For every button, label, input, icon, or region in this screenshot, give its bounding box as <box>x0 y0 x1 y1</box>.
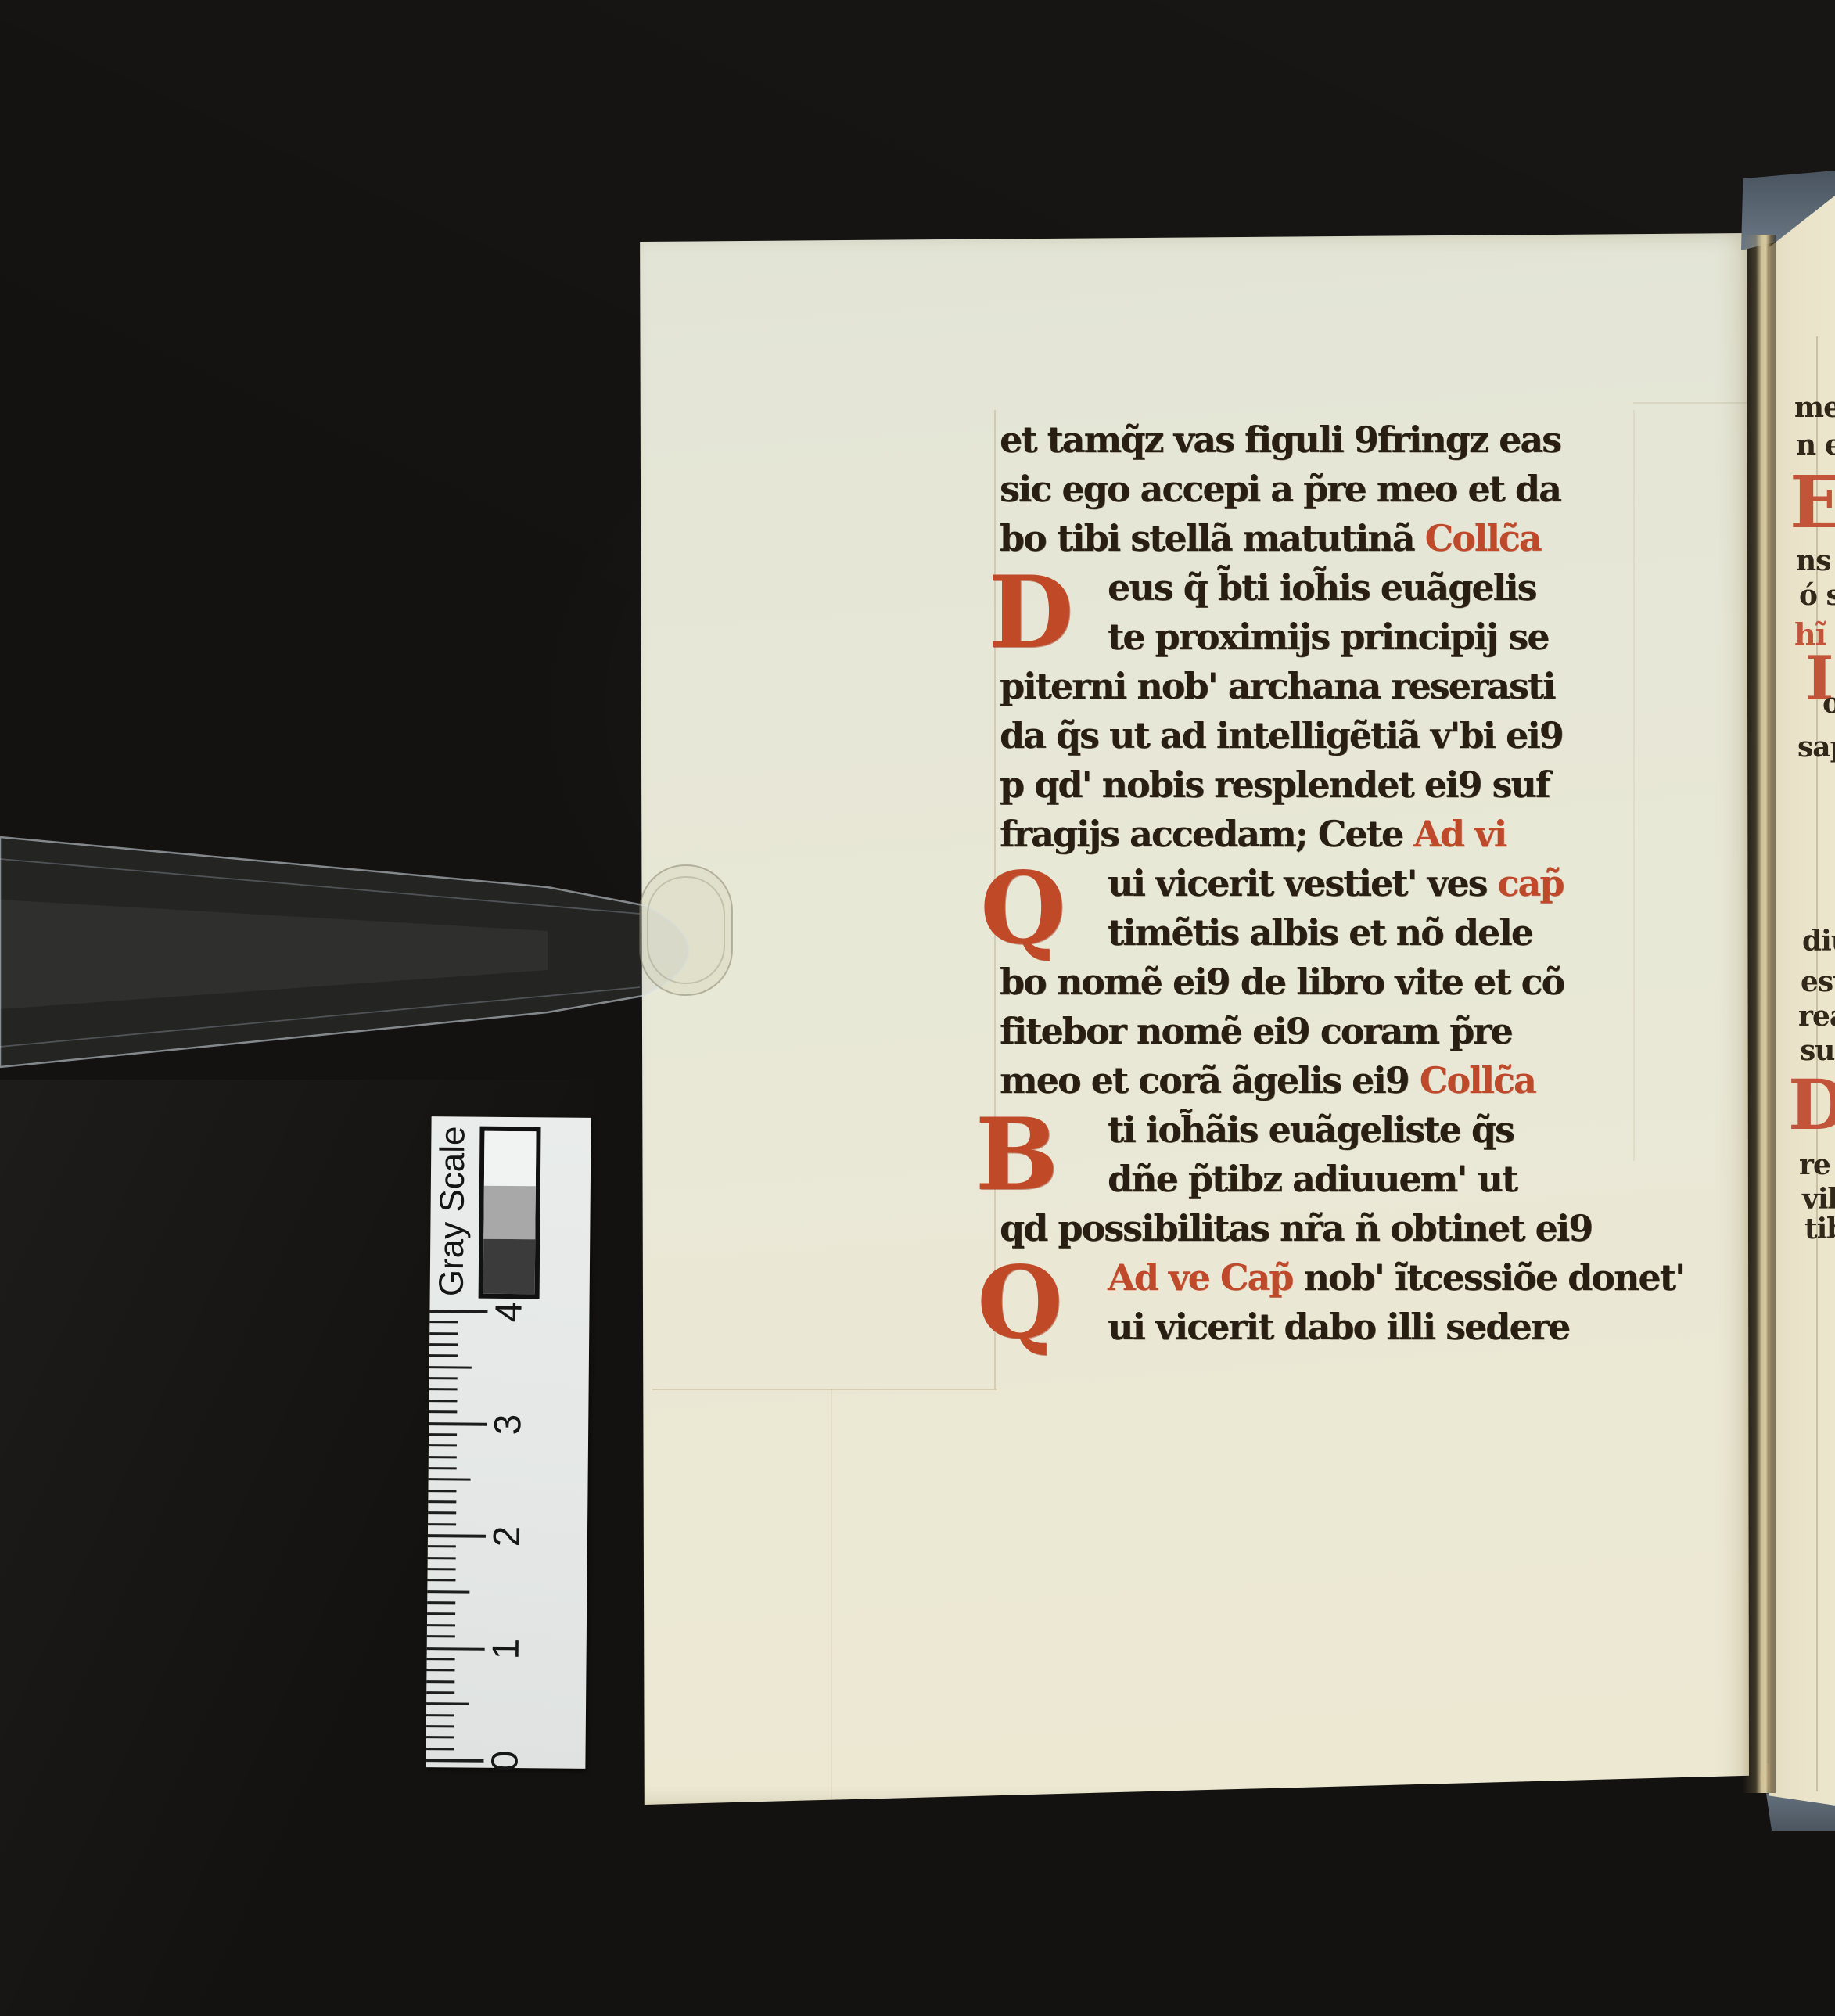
manuscript-line: ui vicerit dabo illi sedere <box>1108 1306 1569 1354</box>
line-text: ui vicerit vestiet' ves <box>1108 862 1487 904</box>
ruler-tick <box>427 1647 485 1651</box>
line-text: et tamq̃z vas figuli 9fringz eas <box>1000 419 1560 461</box>
manuscript-line: dñe p̃tibz adiuuem' ut <box>1108 1158 1517 1206</box>
ruler-tick <box>426 1759 483 1763</box>
ruler-tick <box>427 1590 469 1593</box>
manuscript-line: p qd' nobis resplendet ei9 suf <box>1000 764 1550 812</box>
text-block: et tamq̃z vas figuli 9fringz eassic ego … <box>638 233 1749 1806</box>
facing-text-fragment: rea <box>1798 1000 1835 1033</box>
facing-text-fragment: diu <box>1802 925 1835 958</box>
ruler-tick <box>429 1377 458 1379</box>
manuscript-line: timẽtis albis et nõ dele <box>1108 911 1532 960</box>
manuscript-line: te proximijs principij se <box>1108 616 1548 664</box>
grayscale-patch-1 <box>483 1186 536 1240</box>
facing-text-fragment: o <box>1822 687 1835 720</box>
ruler-tick <box>426 1680 454 1683</box>
ruler-tick <box>428 1557 456 1559</box>
ruler-tick <box>429 1310 487 1313</box>
rubric-prefix: Ad ve Cap̃ <box>1108 1256 1303 1299</box>
ruler-tick <box>429 1343 458 1346</box>
ruler-tick <box>429 1355 458 1357</box>
ruler-tick <box>427 1624 455 1626</box>
facing-text-fragment: men <box>1794 391 1835 424</box>
grayscale-patch-0 <box>484 1131 537 1187</box>
ruler-ticks <box>432 1116 591 1118</box>
line-text: ti ioh̃ãis euãgeliste q̃s <box>1108 1109 1514 1151</box>
ruler-tick <box>429 1478 471 1480</box>
facing-text-fragment: sapi <box>1797 731 1835 764</box>
photograph-scene: { "colors": { "background": "#141210", "… <box>0 0 1835 2016</box>
drop-cap-initial: B <box>965 1107 1068 1207</box>
ruler-tick <box>429 1444 457 1446</box>
facing-text-fragment: re <box>1799 1148 1830 1181</box>
manuscript-line: bo nomẽ ei9 de libro vite et cõ <box>1000 961 1564 1009</box>
line-text: eus q̃ b̃ti ioh̃is euãgelis <box>1108 566 1535 609</box>
line-text: te proximijs principij se <box>1108 616 1548 658</box>
manuscript-line: qd possibilitas nr̃a ñ obtinet ei9 <box>1000 1207 1592 1256</box>
ruler-numbers: 43210 <box>432 1116 591 1118</box>
ruler-number: 4 <box>490 1288 529 1335</box>
ruler-number: 2 <box>489 1513 527 1560</box>
ruler-tick <box>428 1490 456 1492</box>
ruler-number: 3 <box>490 1400 528 1447</box>
ruler-tick <box>427 1635 455 1637</box>
ruler-tick <box>427 1658 455 1660</box>
ruler-tick <box>428 1511 456 1514</box>
line-text: piterni nob' archana reserasti <box>1000 665 1555 707</box>
wedge-inner-edge-bottom <box>0 987 640 1047</box>
line-text: bo tibi stellã matutinã <box>1000 517 1414 559</box>
ruler-tick <box>426 1714 454 1716</box>
wedge-inner-edge-top <box>0 859 640 914</box>
facing-text-fragment: est <box>1801 965 1835 998</box>
manuscript-line: sic ego accepi a p̃re meo et da <box>1000 468 1560 516</box>
manuscript-line: Ad ve Cap̃ nob' ĩtcessiõe donet' <box>1108 1256 1684 1305</box>
ruler-tick <box>429 1332 458 1335</box>
facing-text-fragment: D <box>1788 1064 1835 1145</box>
ruler-tick <box>426 1669 454 1671</box>
rubric-suffix: cap̃ <box>1487 862 1564 904</box>
line-text: timẽtis albis et nõ dele <box>1108 911 1532 954</box>
ruler-tick <box>428 1534 486 1538</box>
drop-cap-initial: D <box>979 565 1083 665</box>
ruler-number: 1 <box>487 1625 526 1672</box>
ruler-tick <box>426 1725 454 1727</box>
manuscript-page: et tamq̃z vas figuli 9fringz eassic ego … <box>638 233 1749 1806</box>
manuscript-line: meo et corã ãgelis ei9 Collc̃a <box>1000 1059 1535 1108</box>
ruler-number: 0 <box>487 1737 525 1784</box>
gray-scale-card: Gray Scale 43210 <box>426 1116 591 1769</box>
ruler-tick <box>428 1500 456 1503</box>
rubric-suffix: Collc̃a <box>1409 1059 1535 1101</box>
line-text: da q̃s ut ad intelligẽtiã v'bi ei9 <box>1000 714 1563 756</box>
ruler-tick <box>428 1523 456 1525</box>
line-text: fitebor nomẽ ei9 coram p̃re <box>1000 1010 1512 1052</box>
facing-text-fragment: E <box>1790 460 1835 544</box>
manuscript-line: et tamq̃z vas figuli 9fringz eas <box>1000 419 1560 467</box>
line-text: sic ego accepi a p̃re meo et da <box>1000 468 1560 510</box>
ruler-tick <box>426 1736 454 1738</box>
ruler-tick <box>429 1433 457 1436</box>
wedge-sheen <box>0 900 548 1009</box>
facing-text-fragment: ó sup <box>1799 579 1835 612</box>
rubric-suffix: Collc̃a <box>1414 517 1541 559</box>
ruler-tick <box>426 1691 454 1694</box>
manuscript-line: eus q̃ b̃ti ioh̃is euãgelis <box>1108 566 1535 615</box>
facing-text-fragment: vib <box>1802 1183 1835 1216</box>
facing-text-fragment: n et s <box>1796 429 1835 462</box>
facing-text-fragment: sun <box>1800 1034 1835 1067</box>
gray-scale-title: Gray Scale <box>433 1125 473 1297</box>
manuscript-line: fitebor nomẽ ei9 coram p̃re <box>1000 1010 1512 1058</box>
gray-scale-patch-box <box>479 1127 541 1299</box>
line-text: nob' ĩtcessiõe donet' <box>1303 1256 1684 1299</box>
ruler-tick <box>429 1422 487 1426</box>
wedge-body <box>0 837 688 1067</box>
manuscript-line: ti ioh̃ãis euãgeliste q̃s <box>1108 1109 1514 1157</box>
line-text: dñe p̃tibz adiuuem' ut <box>1108 1158 1517 1200</box>
manuscript-line: da q̃s ut ad intelligẽtiã v'bi ei9 <box>1000 714 1563 763</box>
manuscript-line: fragijs accedam; Cete Ad vi <box>1000 813 1506 861</box>
line-text: p qd' nobis resplendet ei9 suf <box>1000 764 1550 806</box>
grayscale-patch-2 <box>483 1239 536 1295</box>
ruler-tick <box>429 1389 458 1391</box>
ruler-tick <box>426 1702 469 1705</box>
line-text: ui vicerit dabo illi sedere <box>1108 1306 1569 1348</box>
ruler-tick <box>429 1400 457 1402</box>
line-text: bo nomẽ ei9 de libro vite et cõ <box>1000 961 1564 1003</box>
manuscript-line: piterni nob' archana reserasti <box>1000 665 1555 713</box>
ruler-tick <box>429 1467 457 1469</box>
drop-cap-initial: Q <box>971 861 1075 961</box>
ruler-tick <box>426 1748 454 1750</box>
ruler-tick <box>427 1601 455 1604</box>
gutter-fold <box>1743 235 1776 1793</box>
manuscript-line: ui vicerit vestiet' ves cap̃ <box>1108 862 1564 911</box>
ruler-tick <box>428 1568 456 1570</box>
line-text: qd possibilitas nr̃a ñ obtinet ei9 <box>1000 1207 1592 1249</box>
rubric-suffix: Ad vi <box>1402 813 1506 855</box>
ruler-tick <box>427 1613 455 1615</box>
line-text: meo et corã ãgelis ei9 <box>1000 1059 1409 1101</box>
ruler-tick <box>427 1579 455 1581</box>
ruler-tick <box>429 1366 472 1368</box>
ruler-tick <box>429 1456 457 1458</box>
drop-cap-initial: Q <box>968 1255 1072 1355</box>
line-text: fragijs accedam; Cete <box>1000 813 1402 855</box>
manuscript-line: bo tibi stellã matutinã Collc̃a <box>1000 517 1541 566</box>
facing-text-fragment: ns pr <box>1796 544 1835 577</box>
facing-text-fragment: tib <box>1804 1213 1835 1245</box>
ruler-tick <box>428 1545 456 1547</box>
ruler-tick <box>429 1321 458 1323</box>
ruler-tick <box>429 1410 457 1413</box>
